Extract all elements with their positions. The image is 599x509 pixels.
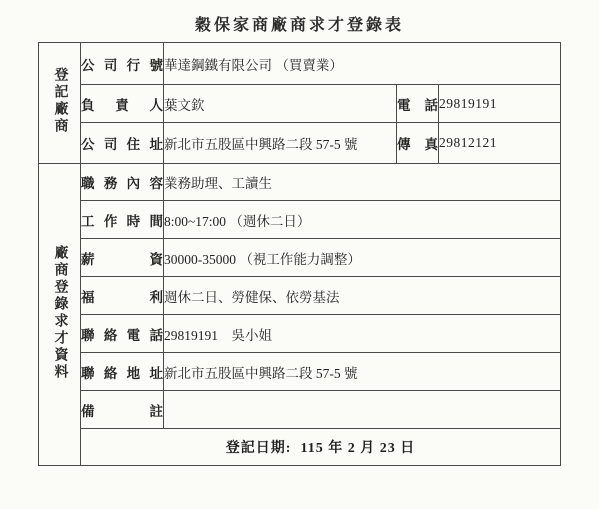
remarks-label: 備註 — [81, 391, 164, 429]
row-owner: 負責人 葉文欽 電話 29819191 — [39, 85, 561, 123]
contact-phone-label: 聯絡電話 — [81, 315, 164, 353]
benefits-value: 週休二日、勞健保、依勞基法 — [164, 277, 561, 315]
fax-label: 傳真 — [397, 123, 439, 164]
row-remarks: 備註 — [39, 391, 561, 429]
registration-date-cell: 登記日期: 115 年 2 月 23 日 — [81, 429, 561, 466]
company-address-value: 新北市五股區中興路二段 57-5 號 — [164, 123, 397, 164]
contact-phone-value: 29819191 吳小姐 — [164, 315, 561, 353]
company-name-value: 華達鋼鐵有限公司 （買賣業） — [164, 43, 561, 85]
section-recruitment: 廠商登錄求才資料 — [39, 164, 81, 466]
work-hours-label: 工作時間 — [81, 201, 164, 239]
section-registrant: 登記廠商 — [39, 43, 81, 164]
row-company-name: 登記廠商 公司行號 華達鋼鐵有限公司 （買賣業） — [39, 43, 561, 85]
owner-label: 負責人 — [81, 85, 164, 123]
row-company-address: 公司住址 新北市五股區中興路二段 57-5 號 傳真 29812121 — [39, 123, 561, 164]
work-hours-value: 8:00~17:00 （週休二日） — [164, 201, 561, 239]
contact-address-value: 新北市五股區中興路二段 57-5 號 — [164, 353, 561, 391]
section-registrant-label: 登記廠商 — [50, 67, 70, 135]
company-name-label: 公司行號 — [81, 43, 164, 85]
row-salary: 薪資 30000-35000 （視工作能力調整） — [39, 239, 561, 277]
job-description-label: 職務內容 — [81, 164, 164, 201]
row-registration-date: 登記日期: 115 年 2 月 23 日 — [39, 429, 561, 466]
fax-value: 29812121 — [439, 123, 561, 164]
company-address-label: 公司住址 — [81, 123, 164, 164]
phone-label: 電話 — [397, 85, 439, 123]
job-description-value: 業務助理、工讀生 — [164, 164, 561, 201]
owner-value: 葉文欽 — [164, 85, 397, 123]
registration-form-table: 登記廠商 公司行號 華達鋼鐵有限公司 （買賣業） 負責人 葉文欽 電話 2981… — [38, 42, 561, 466]
row-benefits: 福利 週休二日、勞健保、依勞基法 — [39, 277, 561, 315]
page-title: 穀保家商廠商求才登錄表 — [0, 12, 599, 35]
row-contact-address: 聯絡地址 新北市五股區中興路二段 57-5 號 — [39, 353, 561, 391]
contact-address-label: 聯絡地址 — [81, 353, 164, 391]
row-contact-phone: 聯絡電話 29819191 吳小姐 — [39, 315, 561, 353]
registration-date: 登記日期: 115 年 2 月 23 日 — [81, 437, 560, 457]
benefits-label: 福利 — [81, 277, 164, 315]
registration-date-value: 115 年 2 月 23 日 — [300, 437, 415, 457]
phone-value: 29819191 — [439, 85, 561, 123]
remarks-value — [164, 391, 561, 429]
row-job-description: 廠商登錄求才資料 職務內容 業務助理、工讀生 — [39, 164, 561, 201]
row-work-hours: 工作時間 8:00~17:00 （週休二日） — [39, 201, 561, 239]
salary-value: 30000-35000 （視工作能力調整） — [164, 239, 561, 277]
registration-date-label: 登記日期: — [226, 437, 292, 457]
section-recruitment-label: 廠商登錄求才資料 — [50, 245, 70, 381]
salary-label: 薪資 — [81, 239, 164, 277]
